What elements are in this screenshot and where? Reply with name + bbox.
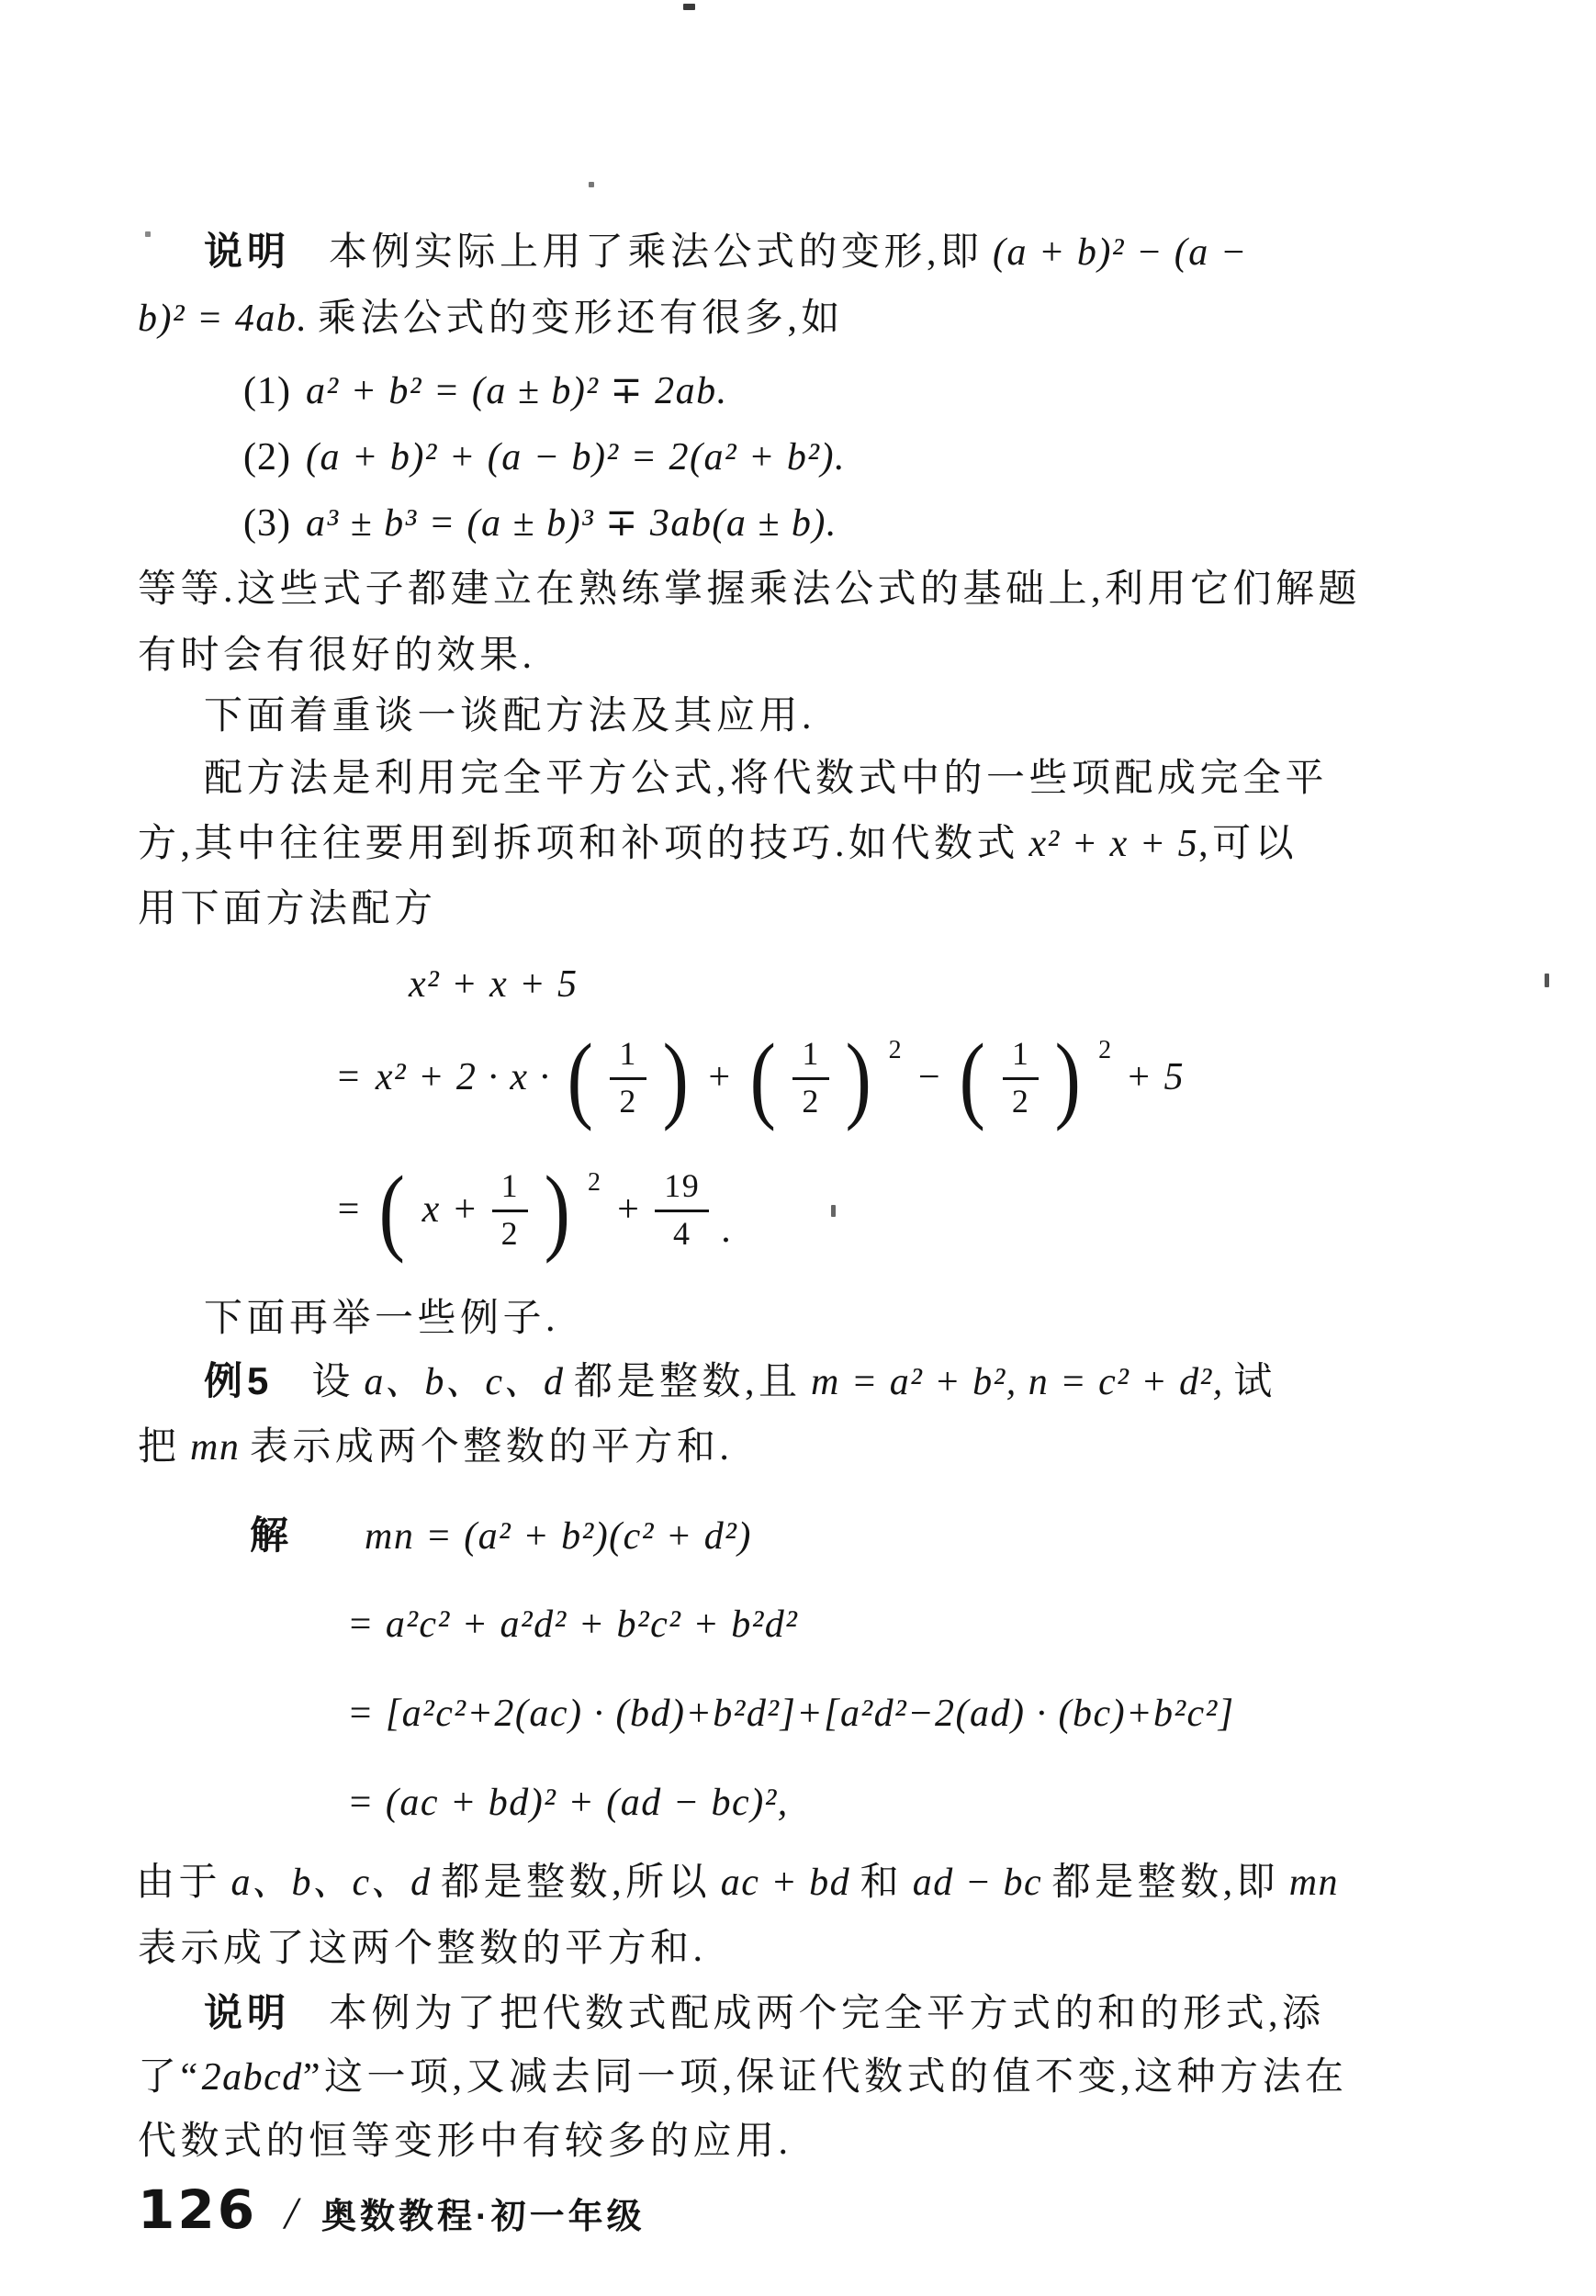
solution-line4: = (ac + bd)² + (ad − bc)², [347, 1781, 789, 1825]
remark2-line1-text: 本例为了把代数式配成两个完全平方式的和的形式,添 [329, 1993, 1325, 2035]
identity-3: (3)a³ ± b³ = (a ± b)³ ∓ 3ab(a ± b). [243, 501, 837, 546]
para4-line2-math: x² + x + 5 [1029, 823, 1199, 865]
fraction-one-half: 12 [792, 1036, 829, 1120]
example5-seg5: 试 [1233, 1361, 1276, 1403]
example5-line2-pre: 把 [138, 1426, 181, 1469]
scan-artifact [145, 231, 151, 237]
numerator: 19 [655, 1168, 709, 1212]
scan-artifact [1545, 974, 1549, 987]
remark2-line1: 说明本例为了把代数式配成两个完全平方式的和的形式,添 [204, 1991, 1325, 2036]
minus-sign: − [916, 1055, 943, 1099]
solution-line3: = [a²c²+2(ac) · (bd)+b²d²]+[a²d²−2(ad) ·… [347, 1692, 1235, 1736]
example5-line2-post: 表示成两个整数的平方和. [250, 1426, 734, 1469]
exponent-2: 2 [588, 1168, 602, 1198]
left-paren: ( [960, 1037, 986, 1120]
para6-seg3: 都是整数,所以 [441, 1862, 711, 1904]
para6-seg2: a、b、c、d [231, 1862, 432, 1904]
fraction-nineteen-fourths: 194 [655, 1168, 709, 1252]
denominator: 2 [610, 1080, 646, 1120]
solution-line1: 解mn = (a² + b²)(c² + d²) [250, 1514, 752, 1559]
para5-line: 下面再举一些例子. [204, 1297, 559, 1341]
fraction-one-half: 12 [610, 1036, 646, 1120]
remark2-line3: 代数式的恒等变形中有较多的应用. [138, 2120, 792, 2164]
example5-line2-math: mn [190, 1426, 240, 1469]
remark2-line2-pre: 了“ [138, 2056, 202, 2099]
derivation-line3-inner: x + [422, 1187, 479, 1232]
plus-sign: + [614, 1187, 642, 1232]
remark2-label: 说明 [204, 1991, 290, 2034]
left-paren: ( [749, 1037, 776, 1120]
scanned-textbook-page: 说明本例实际上用了乘法公式的变形,即 (a + b)² − (a − b)² =… [0, 0, 1596, 2296]
equals-sign: = [335, 1055, 363, 1099]
numerator: 1 [792, 1036, 829, 1080]
para6-seg4: ac + bd [721, 1862, 850, 1904]
exponent-2: 2 [889, 1036, 904, 1065]
denominator: 4 [664, 1212, 701, 1253]
left-paren: ( [567, 1037, 593, 1120]
para6-seg8: mn [1289, 1862, 1339, 1904]
para4-line1: 配方法是利用完全平方公式,将代数式中的一些项配成完全平 [204, 757, 1328, 801]
derivation-line2: = x² + 2 · x · ( 12 ) + ( 12 ) 2 − ( 12 … [329, 1036, 1191, 1120]
solution-line1-math: mn = (a² + b²)(c² + d²) [365, 1515, 752, 1558]
numerator: 1 [610, 1036, 646, 1080]
remark2-line2-mid: ”这一项,又减去同一项,保证代数式的值不变,这种方法在 [303, 2056, 1348, 2099]
derivation-line3: = ( x + 12 ) 2 + 194 . [329, 1168, 739, 1252]
equals-sign: = [335, 1187, 363, 1232]
para6-seg7: 都是整数,即 [1052, 1862, 1280, 1904]
numerator: 1 [1003, 1036, 1040, 1080]
example5-line2: 把 mn 表示成两个整数的平方和. [138, 1425, 733, 1469]
fraction-one-half: 12 [492, 1168, 529, 1252]
para4-line2-post: ,可以 [1198, 823, 1298, 865]
scan-artifact [589, 182, 594, 187]
book-title: 奥数教程·初一年级 [321, 2188, 646, 2238]
para6-seg5: 和 [860, 1862, 904, 1904]
identity-2-formula: (a + b)² + (a − b)² = 2(a² + b²). [306, 436, 846, 478]
denominator: 2 [492, 1212, 529, 1253]
right-paren: ) [545, 1169, 571, 1252]
example5-seg3: 都是整数,且 [574, 1361, 802, 1403]
remark1-line1-text: 本例实际上用了乘法公式的变形,即 [329, 231, 983, 274]
para2-line2: 有时会有很好的效果. [138, 634, 536, 678]
denominator: 2 [1003, 1080, 1040, 1120]
remark1-line2-text: 乘法公式的变形还有很多,如 [318, 298, 844, 340]
exponent-2: 2 [1098, 1036, 1113, 1065]
para4-line3: 用下面方法配方 [138, 887, 437, 931]
para3-line: 下面着重谈一谈配方法及其应用. [204, 694, 815, 738]
page-number: 126 [138, 2178, 257, 2241]
remark2-line2: 了“2abcd”这一项,又减去同一项,保证代数式的值不变,这种方法在 [138, 2055, 1347, 2099]
right-paren: ) [846, 1037, 872, 1120]
solution-label: 解 [250, 1514, 293, 1557]
right-paren: ) [1055, 1037, 1082, 1120]
identity-2-number: (2) [243, 436, 291, 478]
para6-seg6: ad − bc [913, 1862, 1042, 1904]
derivation-line2-tail: + 5 [1126, 1055, 1185, 1099]
scan-artifact [683, 4, 695, 10]
right-paren: ) [663, 1037, 690, 1120]
para4-line2: 方,其中往往要用到拆项和补项的技巧.如代数式 x² + x + 5,可以 [138, 822, 1298, 866]
example5-label: 例5 [204, 1359, 273, 1402]
identity-2: (2)(a + b)² + (a − b)² = 2(a² + b²). [243, 435, 846, 479]
left-paren: ( [379, 1169, 406, 1252]
numerator: 1 [492, 1168, 529, 1212]
remark1-line1: 说明本例实际上用了乘法公式的变形,即 (a + b)² − (a − [204, 230, 1248, 275]
para4-line2-pre: 方,其中往往要用到拆项和补项的技巧.如代数式 [138, 823, 1019, 865]
identity-1-formula: a² + b² = (a ± b)² ∓ 2ab. [306, 370, 728, 412]
para6-line1: 由于 a、b、c、d 都是整数,所以 ac + bd 和 ad − bc 都是整… [136, 1861, 1339, 1905]
para6-line2: 表示成了这两个整数的平方和. [138, 1927, 707, 1971]
denominator: 2 [792, 1080, 829, 1120]
remark1-label: 说明 [204, 230, 290, 273]
footer-slash: / [285, 2186, 298, 2239]
identity-3-formula: a³ ± b³ = (a ± b)³ ∓ 3ab(a ± b). [306, 502, 837, 545]
plus-sign: + [706, 1055, 734, 1099]
example5-seg1: 设 [311, 1361, 354, 1403]
example5-line1: 例5设 a、b、c、d 都是整数,且 m = a² + b², n = c² +… [204, 1359, 1276, 1404]
example5-seg4: m = a² + b², n = c² + d², [811, 1361, 1224, 1403]
identity-1: (1)a² + b² = (a ± b)² ∓ 2ab. [243, 369, 728, 413]
identity-3-number: (3) [243, 502, 291, 545]
para6-seg1: 由于 [136, 1862, 221, 1904]
para2-line1: 等等.这些式子都建立在熟练掌握乘法公式的基础上,利用它们解题 [138, 568, 1361, 612]
solution-line2: = a²c² + a²d² + b²c² + b²d² [347, 1603, 798, 1647]
period: . [722, 1208, 733, 1252]
remark1-line2: b)² = 4ab. 乘法公式的变形还有很多,如 [138, 297, 844, 341]
scan-artifact [831, 1205, 836, 1217]
derivation-line2-head: x² + 2 · x · [376, 1055, 551, 1099]
derivation-line1: x² + x + 5 [409, 962, 579, 1007]
page-footer: 126 / 奥数教程·初一年级 [138, 2178, 646, 2241]
remark2-line2-math: 2abcd [202, 2056, 303, 2099]
remark1-line2-math: b)² = 4ab. [138, 298, 308, 340]
fraction-one-half: 12 [1003, 1036, 1040, 1120]
example5-seg2: a、b、c、d [364, 1361, 564, 1403]
remark1-line1-math: (a + b)² − (a − [993, 231, 1248, 274]
identity-1-number: (1) [243, 370, 291, 412]
